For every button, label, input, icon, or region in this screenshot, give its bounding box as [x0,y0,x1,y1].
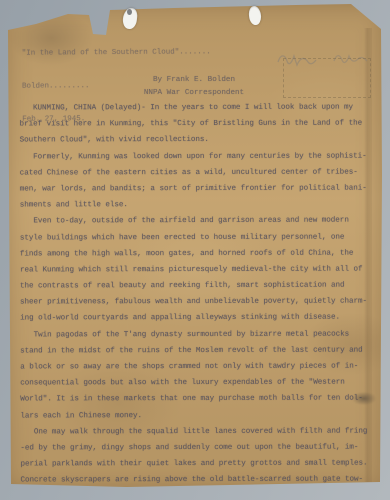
body-line: style buildings which have been erected … [20,229,367,246]
body-line: Even to-day, outside of the airfield and… [20,213,367,230]
slug-title: "In the Land of the Southern Cloud".....… [22,47,211,59]
pencil-smudge [352,392,376,405]
body-line: One may walk through the squalid little … [20,423,367,440]
body-line: men, war lords, and bandits; a sort of p… [20,180,367,197]
paper-page: "In the Land of the Southern Cloud".....… [6,4,382,490]
byline-title: NNPA War Correspondent [6,87,382,100]
body-line: cated Chinese of the eastern cities as a… [20,164,367,181]
body-line: Southern Cloud", with vivid recollection… [20,132,367,149]
body-line: stand in the midst of the ruins of the M… [20,342,367,359]
body-line: perial parklands with their quiet lakes … [20,456,367,473]
body-line: Concrete skyscrapers are rising above th… [20,472,367,489]
body-line: ing old-world courtyards and appalling a… [20,310,367,327]
body-line: shments and little else. [20,197,367,214]
body-line: sheer primitiveness, fabulous wealth and… [20,294,367,311]
body-line: Formerly, Kunming was looked down upon f… [20,148,367,165]
body-line: World". It is in these markets that one … [20,391,367,408]
body-line: consequential goods but also with the lu… [20,375,367,392]
body-line: lars each in Chinese money. [20,407,367,424]
body-line: KUNMING, CHINA (Delayed)- In the years t… [19,100,366,117]
body-line: the contrasts of real beauty and reeking… [20,278,367,295]
body-line: brief visit here in Kunming, this "City … [20,116,367,133]
article-body: KUNMING, CHINA (Delayed)- In the years t… [19,100,367,489]
punch-hole-speck [127,9,132,15]
body-line: finds among the high walls, moon gates, … [20,245,367,262]
byline-author: By Frank E. Bolden [6,74,382,87]
body-line: -ed by the grimy, dingy shops and sudden… [20,439,367,456]
body-line: real Kunming which still remains picture… [20,261,367,278]
byline-block: By Frank E. Bolden NNPA War Corresponden… [6,74,382,99]
body-line: a block or so away are the shops crammed… [20,359,367,376]
scan-background: "In the Land of the Southern Cloud".....… [0,0,390,500]
body-line: Twin pagodas of the T'ang dynasty surmou… [20,326,367,343]
